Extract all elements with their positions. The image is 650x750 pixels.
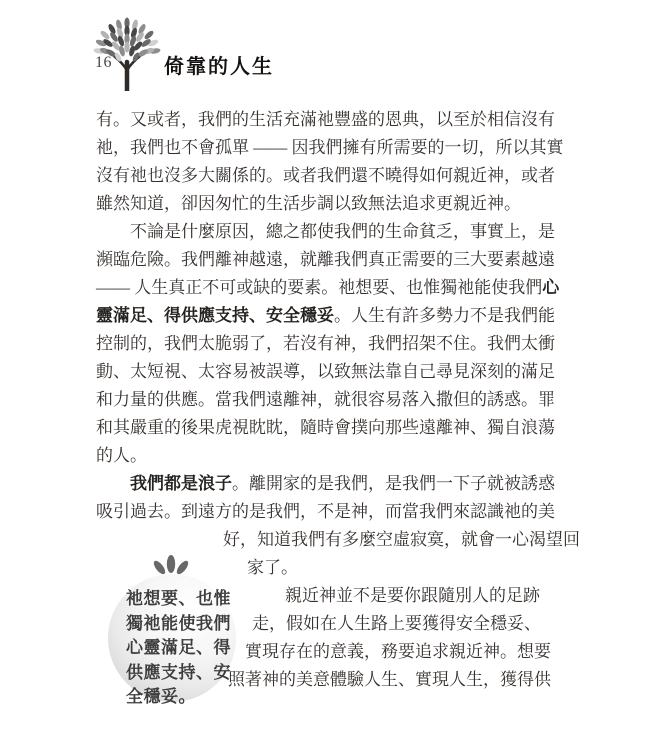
body-text-line: 好，知道我們有多麼空虛寂寞，就會一心渴望回 <box>223 526 566 554</box>
pull-quote-line: 獨祂能使我們 <box>126 612 238 637</box>
pull-quote-line: 全穩妥。 <box>126 685 238 710</box>
text-segment: 走，假如在人生路上要獲得安全穩妥、 <box>252 614 541 633</box>
text-segment: 。人生有許多勢力不是我們能 <box>334 306 555 325</box>
text-segment: 瀕臨危險。我們離神越遠，就離我們真正需要的三大要素越遠 <box>96 250 555 269</box>
text-segment: 家了。 <box>247 558 298 577</box>
text-segment: 沒有祂也沒多大關係的。或者我們還不曉得如何親近神，或者 <box>96 166 555 185</box>
body-text-line: 和其嚴重的後果虎視眈眈，隨時會撲向那些遠離神、獨自浪蕩 <box>96 414 566 442</box>
body-text-line: 不論是什麼原因，總之都使我們的生命貧乏，事實上，是 <box>130 218 566 246</box>
body-text-line: 實現存在的意義，務要追求親近神。想要 <box>245 638 566 666</box>
text-segment: 好，知道我們有多麼空虛寂寞，就會一心渴望回 <box>223 530 580 549</box>
text-segment: 。離開家的是我們，是我們一下子就被誘惑 <box>232 474 555 493</box>
body-text-line: 有。又或者，我們的生活充滿祂豐盛的恩典，以至於相信沒有 <box>96 106 566 134</box>
body-text-line: 動、太短視、太容易被誤導，以致無法靠自己尋見深刻的滿足 <box>96 358 566 386</box>
pull-quote-line: 祂想要、也惟 <box>126 587 238 612</box>
emphasis-text: 心 <box>542 278 559 297</box>
body-text-line: 家了。 <box>247 554 566 582</box>
text-segment: 親近神並不是要你跟隨別人的足跡 <box>285 586 540 605</box>
body-text-line: 走，假如在人生路上要獲得安全穩妥、 <box>252 610 566 638</box>
text-segment: 有。又或者，我們的生活充滿祂豐盛的恩典，以至於相信沒有 <box>96 110 555 129</box>
text-segment: 和力量的供應。當我們遠離神，就很容易落入撒但的誘惑。罪 <box>96 390 555 409</box>
three-leaves-icon <box>150 554 192 578</box>
book-title: 倚靠的人生 <box>164 50 274 79</box>
book-page: 16 <box>0 0 650 750</box>
body-text-line: 雖然知道，卻因匆忙的生活步調以致無法追求更親近神。 <box>96 190 566 218</box>
tree-logo-icon <box>90 13 164 91</box>
body-text-line: 的人。 <box>96 442 566 470</box>
text-segment: —— 人生真正不可或缺的要素。祂想要、也惟獨祂能使我們 <box>96 278 542 297</box>
body-text-line: 和力量的供應。當我們遠離神，就很容易落入撒但的誘惑。罪 <box>96 386 566 414</box>
body-text-line: 我們都是浪子。離開家的是我們，是我們一下子就被誘惑 <box>130 470 566 498</box>
emphasis-text: 靈滿足、得供應支持、安全穩妥 <box>96 306 334 325</box>
pull-quote-line: 心靈滿足、得 <box>126 636 238 661</box>
pull-quote-line: 供應支持、安 <box>126 661 238 686</box>
text-segment: 實現存在的意義，務要追求親近神。想要 <box>245 642 551 661</box>
body-text-line: 控制的，我們太脆弱了，若沒有神，我們招架不住。我們太衝 <box>96 330 566 358</box>
text-segment: 動、太短視、太容易被誤導，以致無法靠自己尋見深刻的滿足 <box>96 362 555 381</box>
body-text-line: 靈滿足、得供應支持、安全穩妥。人生有許多勢力不是我們能 <box>96 302 566 330</box>
body-text-line: 照著神的美意體驗人生、實現人生，獲得供 <box>228 666 566 694</box>
body-text-line: —— 人生真正不可或缺的要素。祂想要、也惟獨祂能使我們心 <box>96 274 566 302</box>
text-segment: 控制的，我們太脆弱了，若沒有神，我們招架不住。我們太衝 <box>96 334 555 353</box>
text-segment: 雖然知道，卻因匆忙的生活步調以致無法追求更親近神。 <box>96 194 521 213</box>
emphasis-text: 我們都是浪子 <box>130 474 232 493</box>
body-text-line: 吸引過去。到遠方的是我們，不是神，而當我們來認識祂的美 <box>96 498 566 526</box>
text-segment: 的人。 <box>96 446 147 465</box>
body-text-line: 沒有祂也沒多大關係的。或者我們還不曉得如何親近神，或者 <box>96 162 566 190</box>
pull-quote-text: 祂想要、也惟獨祂能使我們心靈滿足、得供應支持、安全穩妥。 <box>126 587 238 710</box>
text-segment: 吸引過去。到遠方的是我們，不是神，而當我們來認識祂的美 <box>96 502 555 521</box>
text-segment: 不論是什麼原因，總之都使我們的生命貧乏，事實上，是 <box>130 222 555 241</box>
body-text-line: 親近神並不是要你跟隨別人的足跡 <box>285 582 566 610</box>
text-segment: 照著神的美意體驗人生、實現人生，獲得供 <box>228 670 551 689</box>
text-segment: 和其嚴重的後果虎視眈眈，隨時會撲向那些遠離神、獨自浪蕩 <box>96 418 555 437</box>
text-segment: 祂，我們也不會孤單 —— 因我們擁有所需要的一切，所以其實 <box>96 138 564 157</box>
body-text-line: 祂，我們也不會孤單 —— 因我們擁有所需要的一切，所以其實 <box>96 134 566 162</box>
body-text-line: 瀕臨危險。我們離神越遠，就離我們真正需要的三大要素越遠 <box>96 246 566 274</box>
